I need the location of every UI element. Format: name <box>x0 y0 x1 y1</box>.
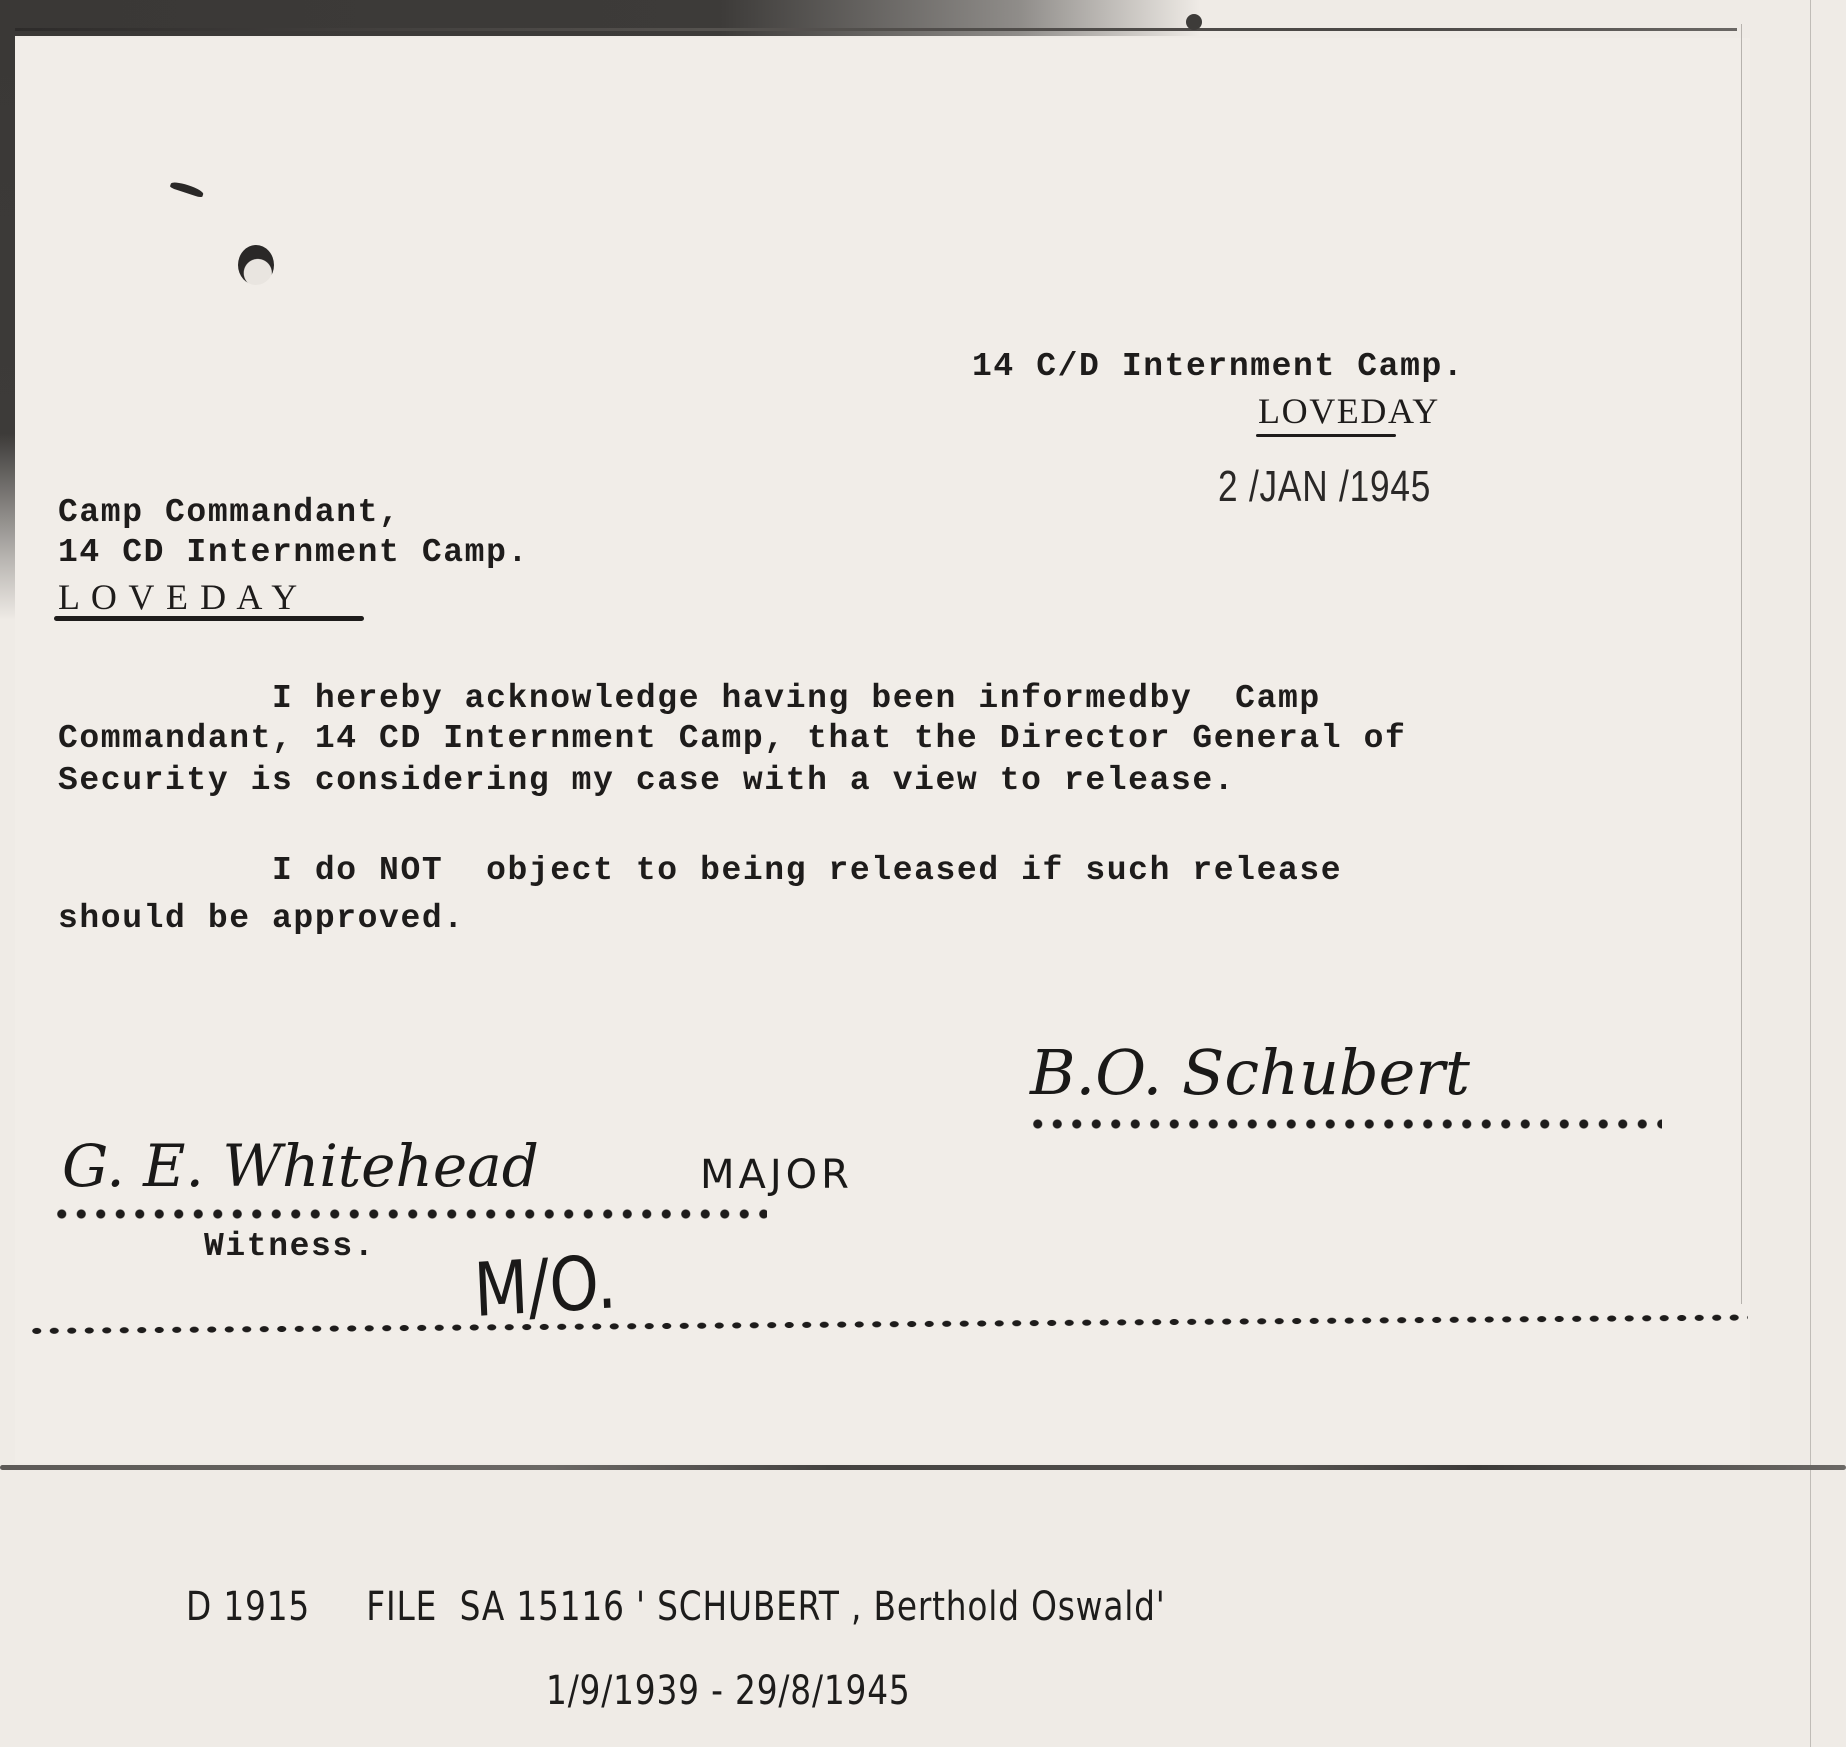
body-p1-line2: Commandant, 14 CD Internment Camp, that … <box>58 720 1406 757</box>
sender-address-line1: 14 C/D Internment Camp. <box>972 348 1464 385</box>
recipient-line3: L O V E D A Y <box>58 576 299 618</box>
page-fold-line <box>1810 0 1811 1747</box>
marginal-note: M/O. <box>472 1239 618 1334</box>
archive-annotation-line2: 1/9/1939 - 29/8/1945 <box>546 1668 911 1714</box>
body-p2-line2: should be approved. <box>58 900 465 937</box>
witness-label: Witness. <box>204 1228 375 1265</box>
witness-rank: MAJOR <box>700 1152 853 1198</box>
sheet-top-edge <box>15 28 1737 31</box>
recipient-line1: Camp Commandant, <box>58 494 400 531</box>
sheet-right-edge <box>1741 24 1742 1304</box>
body-p1-line1: I hereby acknowledge having been informe… <box>58 680 1321 717</box>
page-bottom-edge <box>0 1465 1846 1470</box>
punch-hole-mark <box>238 245 274 285</box>
date-stamp: 2 /JAN /1945 <box>1218 462 1431 512</box>
ink-spot <box>1186 14 1202 30</box>
recipient-line2: 14 CD Internment Camp. <box>58 534 529 571</box>
archive-annotation-line1: D 1915 FILE SA 15116 ' SCHUBERT , Bertho… <box>186 1584 1166 1630</box>
body-p1-line3: Security is considering my case with a v… <box>58 762 1235 799</box>
witness-signature: G. E. Whitehead <box>62 1132 539 1200</box>
internee-signature: B.O. Schubert <box>1030 1036 1470 1109</box>
body-p2-line1: I do NOT object to being released if suc… <box>58 852 1342 889</box>
signature-dotted-line <box>1028 1118 1662 1130</box>
scan-shadow-left <box>0 0 15 620</box>
sender-address-line2: LOVEDAY <box>1258 390 1440 432</box>
witness-dotted-line <box>52 1208 767 1220</box>
recipient-underline <box>54 616 364 621</box>
sender-address-underline <box>1256 434 1396 437</box>
